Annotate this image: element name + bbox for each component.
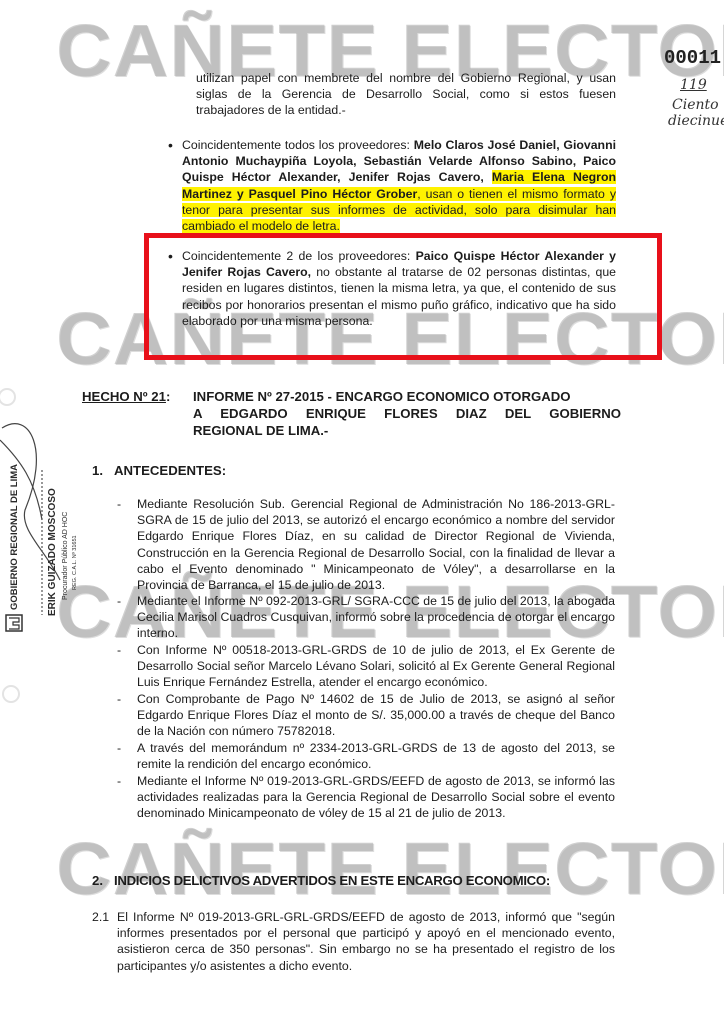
hecho-title-line: REGIONAL DE LIMA.-: [193, 422, 622, 439]
dash-icon: -: [117, 593, 121, 609]
bullet-icon: •: [168, 248, 173, 264]
handwritten-word: diecinueve: [668, 114, 724, 129]
antecedente-item: Mediante Resolución Sub. Gerencial Regio…: [137, 496, 615, 593]
punch-hole: [0, 388, 16, 406]
antecedente-item: Con Informe Nº 00518-2013-GRL-GRDS de 10…: [137, 642, 615, 691]
text: Coincidentemente 2 de los proveedores:: [182, 249, 416, 263]
subsection-paragraph: El Informe Nº 019-2013-GRL-GRL-GRDS/EEFD…: [117, 909, 615, 974]
text: Coincidentemente todos los proveedores:: [182, 138, 414, 152]
dash-icon: -: [117, 740, 121, 756]
watermark: CAÑETE ELECTORAL: [56, 832, 724, 906]
dash-icon: -: [117, 691, 121, 707]
stamp-institution: GOBIERNO REGIONAL DE LIMA: [7, 464, 23, 610]
boxed-bullet-paragraph: Coincidentemente 2 de los proveedores: P…: [182, 248, 616, 329]
antecedente-item: Mediante el Informe Nº 019-2013-GRL-GRDS…: [137, 773, 615, 822]
subsection-number: 2.1: [92, 909, 109, 925]
folio-number: 00011: [664, 50, 721, 66]
text-line: siglas de la Gerencia de Desarrollo Soci…: [196, 86, 616, 102]
text-line: trabajadores de la entidad.-: [196, 102, 616, 118]
dash-icon: -: [117, 773, 121, 789]
hecho-label: HECHO Nº 21: [82, 389, 166, 404]
text-line: utilizan papel con membrete del nombre d…: [196, 70, 616, 86]
procurador-stamp: GOBIERNO REGIONAL DE LIMA ERIK GUIZADO M…: [0, 420, 100, 660]
section-title: ANTECEDENTES:: [114, 462, 226, 479]
bullet-paragraph: Coincidentemente todos los proveedores: …: [182, 137, 616, 234]
antecedente-item: A través del memorándum nº 2334-2013-GRL…: [137, 740, 615, 772]
antecedente-item: Con Comprobante de Pago Nº 14602 de 15 d…: [137, 691, 615, 740]
antecedente-item: Mediante el Informe Nº 092-2013-GRL/ SGR…: [137, 593, 615, 642]
hecho-heading: HECHO Nº 21: INFORME Nº 27-2015 - ENCARG…: [82, 388, 622, 439]
intro-paragraph: utilizan papel con membrete del nombre d…: [196, 70, 616, 119]
hecho-title-line: INFORME Nº 27-2015 - ENCARGO ECONOMICO O…: [193, 388, 571, 405]
dash-icon: -: [117, 642, 121, 658]
punch-hole: [2, 685, 20, 703]
handwritten-folio: 119: [680, 78, 707, 93]
colon: :: [166, 389, 170, 404]
stamp-registration: REG. C.A.L. Nº 31651: [67, 535, 83, 590]
dash-icon: -: [117, 496, 121, 512]
section-title: INDICIOS DELICTIVOS ADVERTIDOS EN ESTE E…: [114, 872, 550, 889]
hecho-title-line: A EDGARDO ENRIQUE FLORES DIAZ DEL GOBIER…: [193, 405, 621, 422]
bullet-icon: •: [168, 137, 173, 153]
handwritten-word: Ciento: [672, 98, 719, 113]
section-number: 2.: [92, 872, 103, 889]
